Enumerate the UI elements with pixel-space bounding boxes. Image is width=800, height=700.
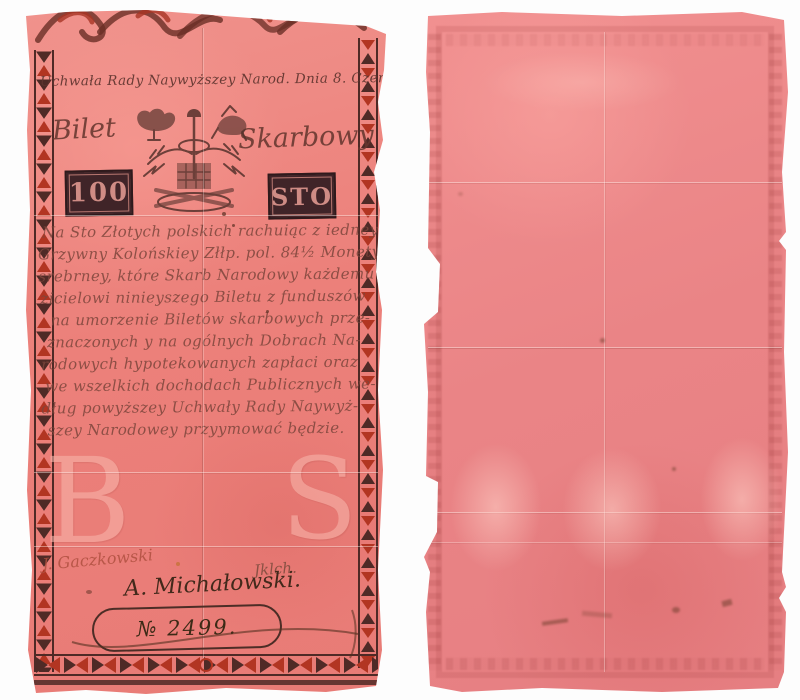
ink-speck <box>232 224 235 227</box>
crease-line <box>428 347 782 348</box>
vertical-fold-line <box>604 32 605 672</box>
ink-speck <box>222 212 226 216</box>
body-line: znaczonych y na ogólnych Dobrach Na- <box>47 331 361 352</box>
banknote-reverse <box>422 12 788 692</box>
decree-line: Uchwała Rady Naywyższey Narod. Dnia 8. C… <box>40 70 372 89</box>
body-line: Grzywny Kolońskiey Złłp. pol. 84½ Monety <box>38 242 381 263</box>
speck <box>600 338 605 343</box>
smudge <box>672 607 680 613</box>
stain <box>176 562 180 566</box>
title-bilet: Bilet <box>51 112 116 146</box>
showthrough-border-left <box>428 34 441 670</box>
banknote-obverse: Uchwała Rady Naywyższey Narod. Dnia 8. C… <box>26 10 386 694</box>
body-line: srebrney, które Skarb Narodowy każdemu U… <box>38 264 386 285</box>
watermark-letter-b: B <box>44 442 131 560</box>
tower-icon <box>178 164 210 188</box>
watermark-blob <box>450 442 542 572</box>
body-line: na umorzenie Biletów skarbowych prze- <box>51 309 371 330</box>
embossed-frame <box>436 26 774 678</box>
showthrough-border-top <box>446 34 764 46</box>
denomination-sto: STO <box>271 181 334 211</box>
insurrection-emblem-icon <box>126 102 262 220</box>
crease-line <box>428 182 782 183</box>
signature-center: A. Michałowski. <box>123 567 301 601</box>
pen-flourish-icon <box>66 608 366 664</box>
body-line: rodowych hypotekowanych zapłaci oraz <box>41 353 358 374</box>
watermark-letter-s: S <box>281 444 358 556</box>
crease-line <box>34 215 378 216</box>
body-line: Na Sto Złotych polskich rachuiąc z iedne… <box>42 221 379 242</box>
crease-line <box>34 546 378 547</box>
speck <box>458 192 463 196</box>
body-line: zicielowi ninieyszego Biletu z funduszów <box>40 287 366 308</box>
denomination-100-plate: 100 <box>65 169 134 216</box>
showthrough-border-bottom <box>446 658 764 670</box>
body-line: dług powyższey Uchwały Rady Naywyż- <box>41 397 358 418</box>
body-line: we wszelkich dochodach Publicznych we- <box>45 375 376 396</box>
stain <box>86 590 92 594</box>
watermark-blob <box>700 437 784 562</box>
calligraphic-flourish-icon <box>30 10 380 58</box>
denomination-sto-plate: STO <box>268 172 337 219</box>
speck <box>672 467 676 471</box>
eagle-icon <box>138 110 174 140</box>
light-patch <box>482 52 682 112</box>
center-fold-line <box>202 28 203 658</box>
denomination-100: 100 <box>69 177 130 208</box>
watermark-blob <box>562 447 662 572</box>
photo-page: Uchwała Rady Naywyższey Narod. Dnia 8. C… <box>0 0 800 700</box>
ink-speck <box>266 310 269 313</box>
showthrough-border-right <box>769 34 782 670</box>
crease-line <box>34 472 378 473</box>
horseman-icon <box>212 106 246 140</box>
body-text: Na Sto Złotych polskich rachuiąc z iedne… <box>26 10 386 12</box>
